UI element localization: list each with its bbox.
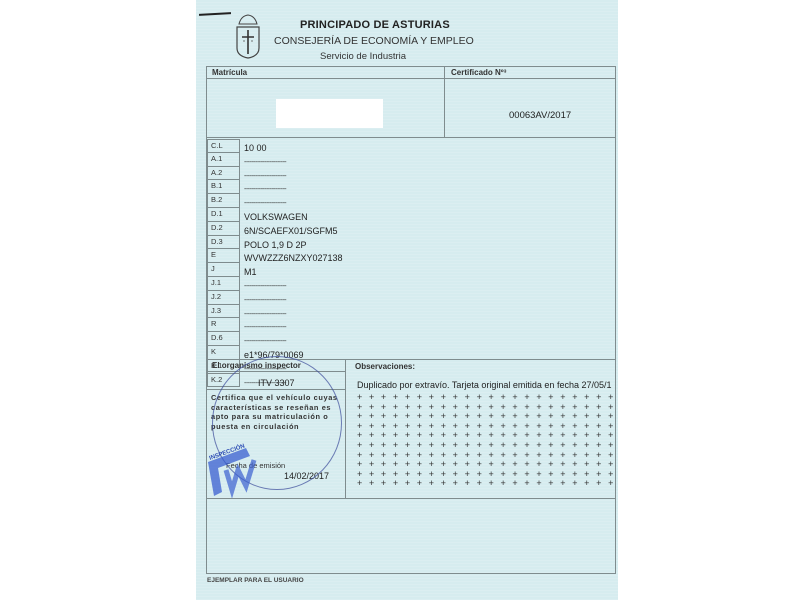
field-code: J.2 [207,291,240,305]
itv-stamp-icon: INSPECCIÓN [206,440,276,500]
field-value: POLO 1,9 D 2P [244,239,343,253]
observations-text: Duplicado por extravío. Tarjeta original… [357,380,615,390]
observations-filler: + + + + + + + + + + + + + + + + + + + + … [357,393,615,485]
certificado-number: 00063AV/2017 [509,110,571,121]
header-title: PRINCIPADO DE ASTURIAS [300,19,450,31]
certificado-label: Certificado Nº³ [451,68,506,77]
field-value: ----------------------- [244,308,343,322]
field-code: K [207,346,240,360]
field-code: J.1 [207,277,240,291]
field-code: B.2 [207,194,240,208]
empty-lower-block [206,498,616,574]
field-code: D.6 [207,332,240,346]
field-values-column: 10 00-----------------------------------… [244,142,343,390]
copy-label: EJEMPLAR PARA EL USUARIO [207,577,304,584]
field-codes-column: C.LA.1A.2B.1B.2D.1D.2D.3EJJ.1J.2J.3RD.6K… [207,139,240,387]
header-department: Servicio de Industria [320,51,406,62]
observations-label: Observaciones: [355,362,415,371]
matricula-label: Matrícula [212,68,247,77]
field-code: R [207,318,240,332]
field-code: J.3 [207,305,240,319]
certificado-value-cell [444,78,616,138]
field-code: D.1 [207,208,240,222]
field-value: 10 00 [244,142,343,156]
field-code: D.3 [207,236,240,250]
field-value: ----------------------- [244,280,343,294]
field-value: ----------------------- [244,183,343,197]
field-value: ----------------------- [244,294,343,308]
field-value: VOLKSWAGEN [244,211,343,225]
field-code: A.1 [207,153,240,167]
field-code: D.2 [207,222,240,236]
field-value: ----------------------- [244,335,343,349]
field-value: WVWZZZ6NZXY027138 [244,252,343,266]
field-code: C.L [207,139,240,153]
field-value: ----------------------- [244,170,343,184]
field-value: ----------------------- [244,156,343,170]
field-value: ----------------------- [244,321,343,335]
header-subtitle: CONSEJERÍA DE ECONOMÍA Y EMPLEO [274,35,474,47]
field-code: B.1 [207,180,240,194]
asturias-coat-of-arms-icon [233,12,263,60]
field-code: E [207,249,240,263]
matricula-redacted [276,99,383,128]
field-code: J [207,263,240,277]
field-value: 6N/SCAEFX01/SGFM5 [244,225,343,239]
field-value: ----------------------- [244,197,343,211]
field-code: A.2 [207,167,240,181]
field-value: M1 [244,266,343,280]
